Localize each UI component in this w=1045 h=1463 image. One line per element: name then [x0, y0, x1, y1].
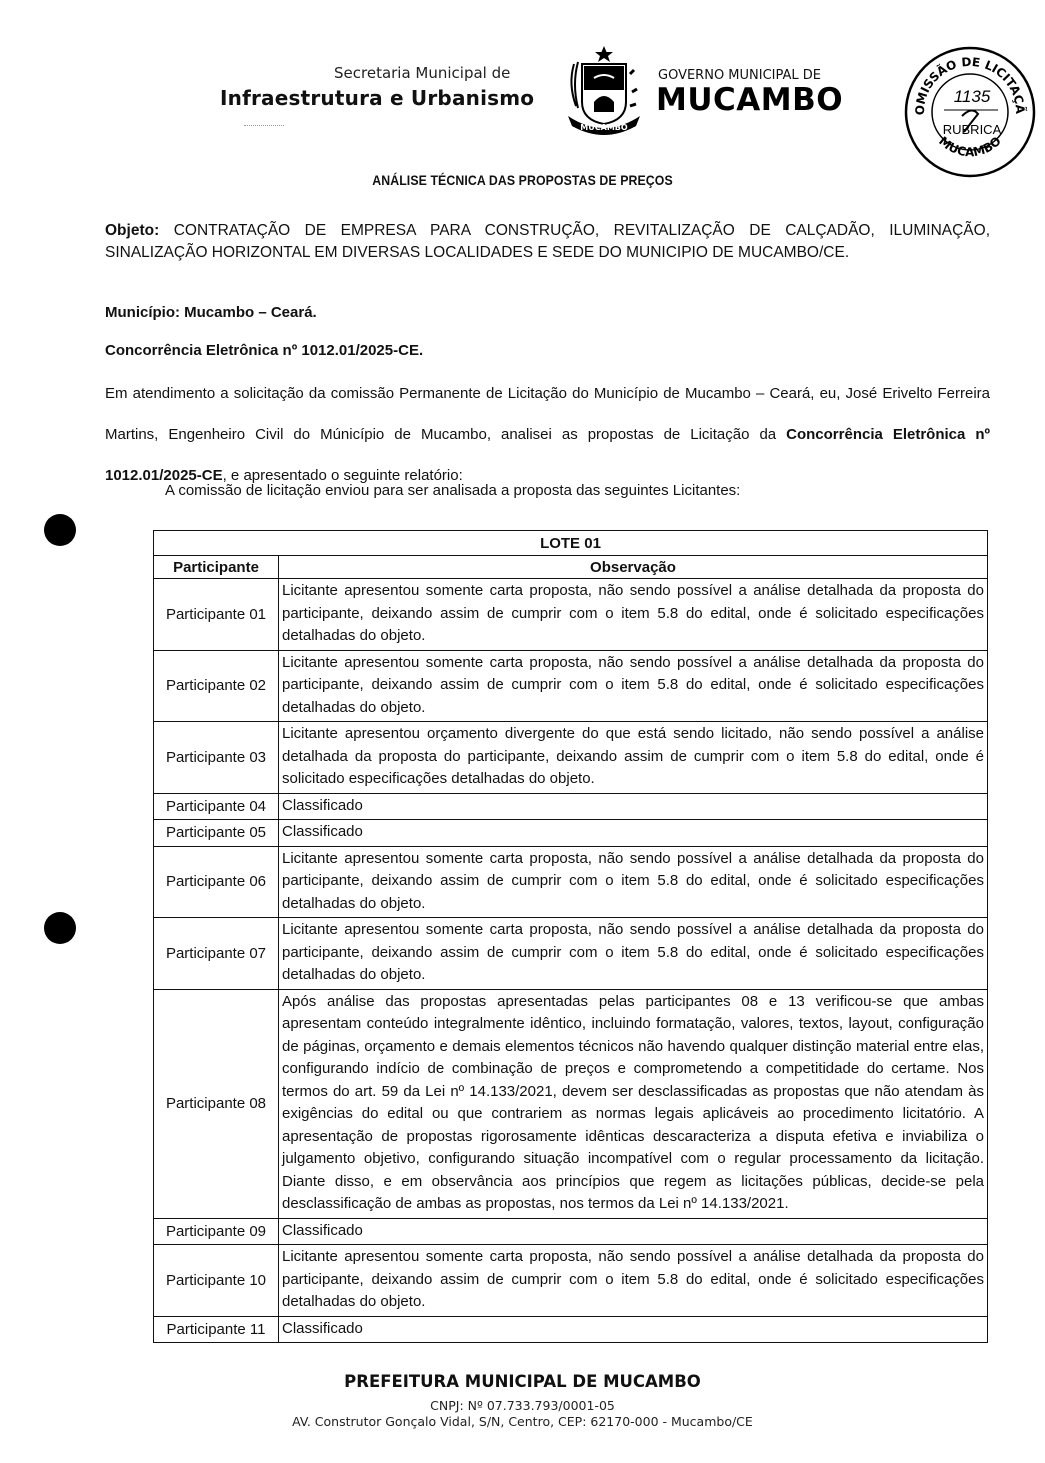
- punch-hole: [44, 912, 76, 944]
- svg-text:MUCAMBO: MUCAMBO: [936, 134, 1004, 159]
- participante-cell: Participante 04: [154, 793, 279, 820]
- footer-cnpj: CNPJ: Nº 07.733.793/0001-05: [0, 1398, 1045, 1413]
- participante-cell: Participante 03: [154, 722, 279, 794]
- table-row: Participante 04Classificado: [154, 793, 988, 820]
- document-title: ANÁLISE TÉCNICA DAS PROPOSTAS DE PREÇOS: [63, 172, 983, 188]
- table-row: Participante 07Licitante apresentou some…: [154, 918, 988, 990]
- svg-text:1135: 1135: [954, 87, 991, 106]
- objeto-paragraph: Objeto: CONTRATAÇÃO DE EMPRESA PARA CONS…: [105, 220, 990, 264]
- table-row: Participante 01Licitante apresentou some…: [154, 579, 988, 651]
- concorrencia-line: Concorrência Eletrônica nº 1012.01/2025-…: [105, 340, 990, 362]
- svg-text:MUCAMBO: MUCAMBO: [580, 123, 628, 132]
- table-row: Participante 11Classificado: [154, 1316, 988, 1343]
- observacao-cell: Licitante apresentou orçamento divergent…: [279, 722, 988, 794]
- commission-line: A comissão de licitação enviou para ser …: [165, 482, 740, 499]
- municipal-crest-icon: MUCAMBO: [560, 44, 648, 136]
- participante-cell: Participante 02: [154, 650, 279, 722]
- observacao-cell: Classificado: [279, 1316, 988, 1343]
- participante-cell: Participante 09: [154, 1218, 279, 1245]
- footer-address: AV. Construtor Gonçalo Vidal, S/N, Centr…: [0, 1414, 1045, 1429]
- participante-cell: Participante 05: [154, 820, 279, 847]
- participante-cell: Participante 06: [154, 846, 279, 918]
- governo-line2: MUCAMBO: [656, 82, 843, 118]
- footer-org: PREFEITURA MUNICIPAL DE MUCAMBO: [0, 1372, 1045, 1391]
- participante-cell: Participante 11: [154, 1316, 279, 1343]
- governo-line1: GOVERNO MUNICIPAL DE: [658, 68, 821, 83]
- participante-cell: Participante 08: [154, 989, 279, 1218]
- observacao-cell: Classificado: [279, 793, 988, 820]
- table-row: Participante 08Após análise das proposta…: [154, 989, 988, 1218]
- svg-text:RUBRICA: RUBRICA: [943, 122, 1002, 137]
- intro-paragraph: Em atendimento a solicitação da comissão…: [105, 373, 990, 496]
- secretaria-line1: Secretaria Municipal de: [334, 64, 510, 82]
- objeto-text: CONTRATAÇÃO DE EMPRESA PARA CONSTRUÇÃO, …: [105, 222, 990, 261]
- observacao-cell: Licitante apresentou somente carta propo…: [279, 1245, 988, 1317]
- table-row: Participante 03Licitante apresentou orça…: [154, 722, 988, 794]
- observacao-cell: Licitante apresentou somente carta propo…: [279, 650, 988, 722]
- participante-cell: Participante 07: [154, 918, 279, 990]
- observacao-cell: Classificado: [279, 1218, 988, 1245]
- observacao-cell: Licitante apresentou somente carta propo…: [279, 579, 988, 651]
- secretaria-line2: Infraestrutura e Urbanismo: [220, 86, 534, 110]
- objeto-label: Objeto:: [105, 222, 159, 239]
- observacao-cell: Após análise das propostas apresentadas …: [279, 989, 988, 1218]
- column-header-participante: Participante: [154, 556, 279, 579]
- participante-cell: Participante 01: [154, 579, 279, 651]
- observacao-cell: Classificado: [279, 820, 988, 847]
- licitacao-rubric-stamp-icon: COMISSÃO DE LICITAÇÃO MUCAMBO 1135 RUBRI…: [902, 44, 1038, 180]
- municipio-line: Município: Mucambo – Ceará.: [105, 302, 990, 324]
- scan-artifact: [244, 125, 284, 128]
- table-row: Participante 06Licitante apresentou some…: [154, 846, 988, 918]
- observacao-cell: Licitante apresentou somente carta propo…: [279, 846, 988, 918]
- table-row: Participante 10Licitante apresentou some…: [154, 1245, 988, 1317]
- participants-table: LOTE 01 Participante Observação Particip…: [153, 530, 988, 1343]
- table-row: Participante 05Classificado: [154, 820, 988, 847]
- participante-cell: Participante 10: [154, 1245, 279, 1317]
- observacao-cell: Licitante apresentou somente carta propo…: [279, 918, 988, 990]
- table-row: Participante 09Classificado: [154, 1218, 988, 1245]
- table-row: Participante 02Licitante apresentou some…: [154, 650, 988, 722]
- lote-header: LOTE 01: [154, 531, 988, 556]
- column-header-observacao: Observação: [279, 556, 988, 579]
- punch-hole: [44, 514, 76, 546]
